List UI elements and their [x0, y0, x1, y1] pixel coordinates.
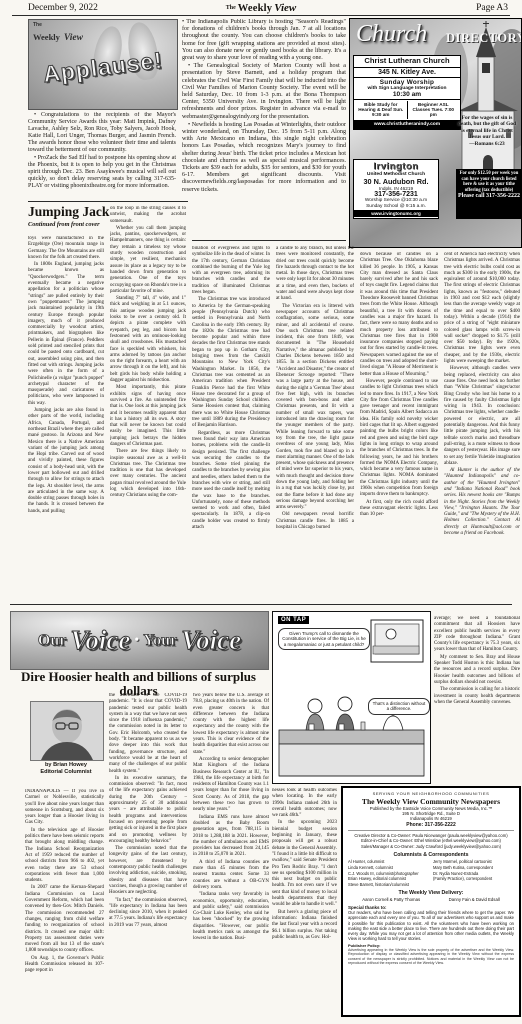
masthead-box: SERVING YOUR NEIGHBORHOOD COMMUNITIES Th…: [341, 786, 521, 1017]
article-paragraph: Jumping jacks are also found in other pa…: [28, 408, 104, 515]
howey-column-4: nesses look at health outcomes when loca…: [272, 788, 337, 1017]
article-paragraph: In the television age of Hoosier politic…: [25, 828, 104, 885]
announcement: • Newfields is hosting Las Posadas at Wi…: [182, 122, 346, 194]
staff-line: Sales/Manager & Co-Owner: Judy Crawford …: [348, 844, 514, 850]
columnist-byline: by Brian Howey Editorial Columnist: [20, 762, 112, 775]
banner-bullet: •: [134, 633, 139, 649]
author-bio: Al Hunter is the author of the "Haunted …: [444, 468, 520, 537]
article-title: Jumping Jack: [28, 205, 109, 219]
cartoon-label: ON TAP: [278, 616, 309, 624]
church-name: Christ Lutheran Church: [354, 56, 460, 68]
article-paragraph: In 2007 came the Kernan-Shepard Indiana …: [25, 885, 104, 954]
article-paragraph: bination of evergreens and lights to sym…: [192, 246, 270, 296]
delivery-header: The Weekly View Delivery:: [348, 890, 514, 896]
section-rule: [10, 604, 512, 605]
announcement: • The Genealogical Society of Marion Cou…: [182, 63, 346, 121]
masthead-phone: Phone: 317-356-2222: [348, 822, 514, 828]
article-paragraph: A third of Indiana counties are more tha…: [193, 860, 269, 891]
article-paragraph: However, although candles were being rep…: [444, 366, 520, 467]
cartoon-speech-bubble: That's a distinction without a differenc…: [368, 698, 430, 715]
article-paragraph: Regardless, as more Christmas trees foun…: [192, 431, 270, 532]
masthead-staff: Creative Director & Co-Owner: Paula Nice…: [348, 830, 514, 850]
article-paragraph: "Indiana ranks very favorably in economi…: [193, 892, 269, 942]
article-paragraph: "In fact," the commission observed, "lif…: [109, 898, 187, 929]
church-website: www.irvingtonumc.org: [354, 210, 438, 217]
article-paragraph: down because of candles on a Christmas T…: [360, 252, 438, 378]
masthead-title: The Weekly View: [0, 2, 522, 14]
banner-word: Voice: [70, 625, 130, 656]
howey-column-3: two years below the U.S. average of 78.8…: [193, 693, 269, 1017]
howey-column-2: the aftermath of the COVID-19 pandemic. …: [109, 693, 187, 1017]
article-paragraph: In 1800s England, jumping jacks became k…: [28, 262, 104, 407]
howey-column-1: INDIANAPOLIS — If you live in Carmel or …: [25, 789, 104, 1017]
applause-bullet: • ProZack the Sad Elf had to postpone hi…: [28, 155, 176, 190]
article-paragraph: The Victorian era is littered with newsp…: [276, 304, 354, 512]
announcement: • The Indianapolis Public Library is hos…: [182, 19, 346, 62]
article-paragraph: In its executive summary, the commission…: [109, 776, 187, 845]
applause-logo-view: View: [64, 33, 83, 43]
verse-reference: —Romans 6:23: [469, 141, 505, 147]
worship-line: Sunday Worship: [355, 79, 459, 86]
article-paragraph: The commission noted that the longevity …: [109, 846, 187, 896]
thanks-text: Our readers, who have been calling and t…: [348, 910, 514, 941]
page-number: Page A3: [476, 3, 508, 13]
applause-graphic: The Weekly View Applause!: [28, 19, 178, 110]
banner-word: Voice: [181, 625, 241, 656]
section-rule: [28, 201, 188, 202]
church-phone: 317-356-7231: [354, 191, 438, 198]
worship-line: with Sign Language Interpretation: [355, 86, 459, 91]
article-paragraph: On Aug. 1, the Governor's Public Health …: [25, 956, 104, 975]
delivery-crew: Danny Fain & David Edsall: [449, 897, 500, 902]
staff-line: Editor-in-Chief & Co-Owner: Ethel Winslo…: [348, 838, 514, 844]
policy-text: Advertising appearing in the Weekly View…: [348, 948, 514, 966]
church-directory-ad: Church DIRECTORY Christ Lutheran Church …: [349, 18, 522, 248]
article-paragraph: on the loop in the string causes it to u…: [110, 206, 186, 225]
editorial-cartoon: ON TAP Given Trump's call to dismantle t…: [272, 611, 431, 784]
columnist-entry: Steve Barnett, historian/columnist: [348, 882, 429, 888]
article-paragraph: Most importantly, this pirate exhibits s…: [110, 385, 186, 448]
banner-word: Our: [38, 632, 66, 650]
cartoon-speech-bubble: Given Trump's call to dismantle the Cons…: [278, 628, 370, 650]
article-continued-note: Continued from front cover: [28, 221, 100, 228]
masthead-the: The: [226, 5, 236, 11]
masthead-tagline: SERVING YOUR NEIGHBORHOOD COMMUNITIES: [348, 791, 514, 796]
columnist-portrait: [31, 702, 103, 760]
article-paragraph: The Christmas tree was introduced to Ame…: [192, 297, 270, 429]
byline-role: Editorial Columnist: [20, 769, 112, 776]
masthead-weekly: Weekly: [238, 3, 272, 14]
applause-bullet: • Congratulations to the recipients of t…: [28, 112, 176, 153]
article-paragraph: Whether you call them jumping jacks, pan…: [110, 226, 186, 295]
bible-verse: For the wages of sin is death, but the g…: [456, 115, 518, 147]
columnists-header: Columnists & Correspondents: [348, 852, 514, 858]
jj-column-2: on the loop in the string causes it to u…: [110, 206, 186, 600]
jj-column-5: down because of candles on a Christmas T…: [360, 252, 438, 600]
church-address: 345 N. Kitley Ave.: [354, 68, 460, 78]
applause-bullets: • Congratulations to the recipients of t…: [28, 112, 176, 200]
ad-text: For only $12.50 per week you can have yo…: [460, 171, 519, 193]
bible-study-cell: Bible Study for Hearing & Deaf Sun. 9:30…: [355, 101, 408, 119]
article-paragraph: toys were manufactured in the Erzgebirge…: [28, 236, 104, 261]
church-name: Irvington: [354, 161, 438, 172]
jj-column-6: cent of America had electricity when Chr…: [444, 252, 520, 600]
jj-column-1: toys were manufactured in the Erzgebirge…: [28, 236, 104, 600]
columnist-photo: [30, 701, 104, 761]
church-directory-caps: DIRECTORY: [446, 31, 522, 46]
applause-logo: The Weekly View: [33, 23, 83, 44]
announcements-column: • The Indianapolis Public Library is hos…: [182, 19, 346, 241]
article-paragraph: nesses look at health outcomes when loca…: [272, 788, 337, 819]
banner-word: Your: [143, 632, 177, 650]
article-paragraph: INDIANAPOLIS — If you live in Carmel or …: [25, 789, 104, 827]
header-rule: [12, 15, 510, 16]
article-paragraph: There are few things likely to inspire s…: [110, 449, 186, 499]
jj-column-3: bination of evergreens and lights to sym…: [192, 246, 270, 600]
article-paragraph: a candle to any branch, but unless the t…: [276, 246, 354, 303]
article-paragraph: the aftermath of the COVID-19 pandemic. …: [109, 693, 187, 775]
article-paragraph: According to senior demographer Matt Kin…: [193, 757, 269, 814]
article-paragraph: Indiana EMS runs have almost doubled as …: [193, 815, 269, 859]
jj-column-4: a candle to any branch, but unless the t…: [276, 246, 354, 600]
article-paragraph: In the upcoming 2023 biennial budget ses…: [272, 820, 337, 908]
column-rule: [192, 240, 346, 241]
columnists-left: Al Hunter, columnistLinda Kennett, colum…: [348, 859, 429, 887]
church-address: 30 N. Audubon Rd.: [354, 177, 438, 186]
verse-text: For the wages of sin is death, but the g…: [458, 115, 516, 140]
church-directory-script: Church: [356, 21, 427, 48]
applause-logo-weekly: Weekly: [33, 32, 60, 42]
masthead-paper-name: The Weekly View Community Newspapers: [348, 797, 514, 806]
article-paragraph: Standing 7" tall, 4" wide, and 1" thick …: [110, 296, 186, 384]
article-paragraph: At first, only the rich could afford the…: [360, 500, 438, 519]
article-paragraph: Old newspapers reveal horrific Christmas…: [276, 512, 354, 531]
church-listing-ad: For only $12.50 per week you can have yo…: [456, 169, 522, 219]
christ-lutheran-listing: Christ Lutheran Church 345 N. Kitley Ave…: [353, 55, 461, 130]
columnists-right: Jerry Marmel, political cartoonistMary B…: [433, 859, 514, 887]
columnist-entry: (Family Practice), correspondent: [433, 876, 514, 882]
jj-column-6-text: cent of America had electricity when Chr…: [444, 252, 520, 467]
service-time: Sunday School @ 9:15 a.m.: [354, 204, 438, 210]
church-website: www.christlutheranindy.com: [354, 121, 460, 129]
irvington-umc-listing: Irvington United Methodist Church 30 N. …: [353, 159, 439, 219]
asl-class-cell: Beginner ASL Classes Tues. 7:00 pm: [408, 101, 460, 119]
article-paragraph: However, people continued to use candles…: [360, 379, 438, 499]
howey-column-5: average; we need a foundational commitme…: [434, 616, 520, 780]
masthead-view: View: [274, 2, 296, 14]
article-paragraph: average; we need a foundational commitme…: [434, 616, 520, 654]
article-paragraph: cent of America had electricity when Chr…: [444, 252, 520, 365]
worship-time: 10:30 am: [355, 91, 459, 98]
service-time: Worship Service @10:30 a.m: [354, 198, 438, 204]
ad-phone: Please call 317-356-2222: [458, 194, 520, 200]
our-voice-banner: Our Voice • Your Voice: [10, 611, 269, 670]
newspaper-page: December 9, 2022 The Weekly View Page A3…: [0, 0, 522, 1024]
article-paragraph: But here's a glaring piece of informatio…: [272, 910, 337, 941]
article-paragraph: The commission is calling for a historic…: [434, 687, 520, 706]
delivery-crew: Aaron Cornell & Patty Thomas: [362, 897, 420, 902]
article-paragraph: My comment to Sen. Bray and House Speake…: [434, 655, 520, 686]
article-paragraph: two years below the U.S. average of 78.8…: [193, 693, 269, 756]
byline-name: by Brian Howey: [20, 762, 112, 769]
